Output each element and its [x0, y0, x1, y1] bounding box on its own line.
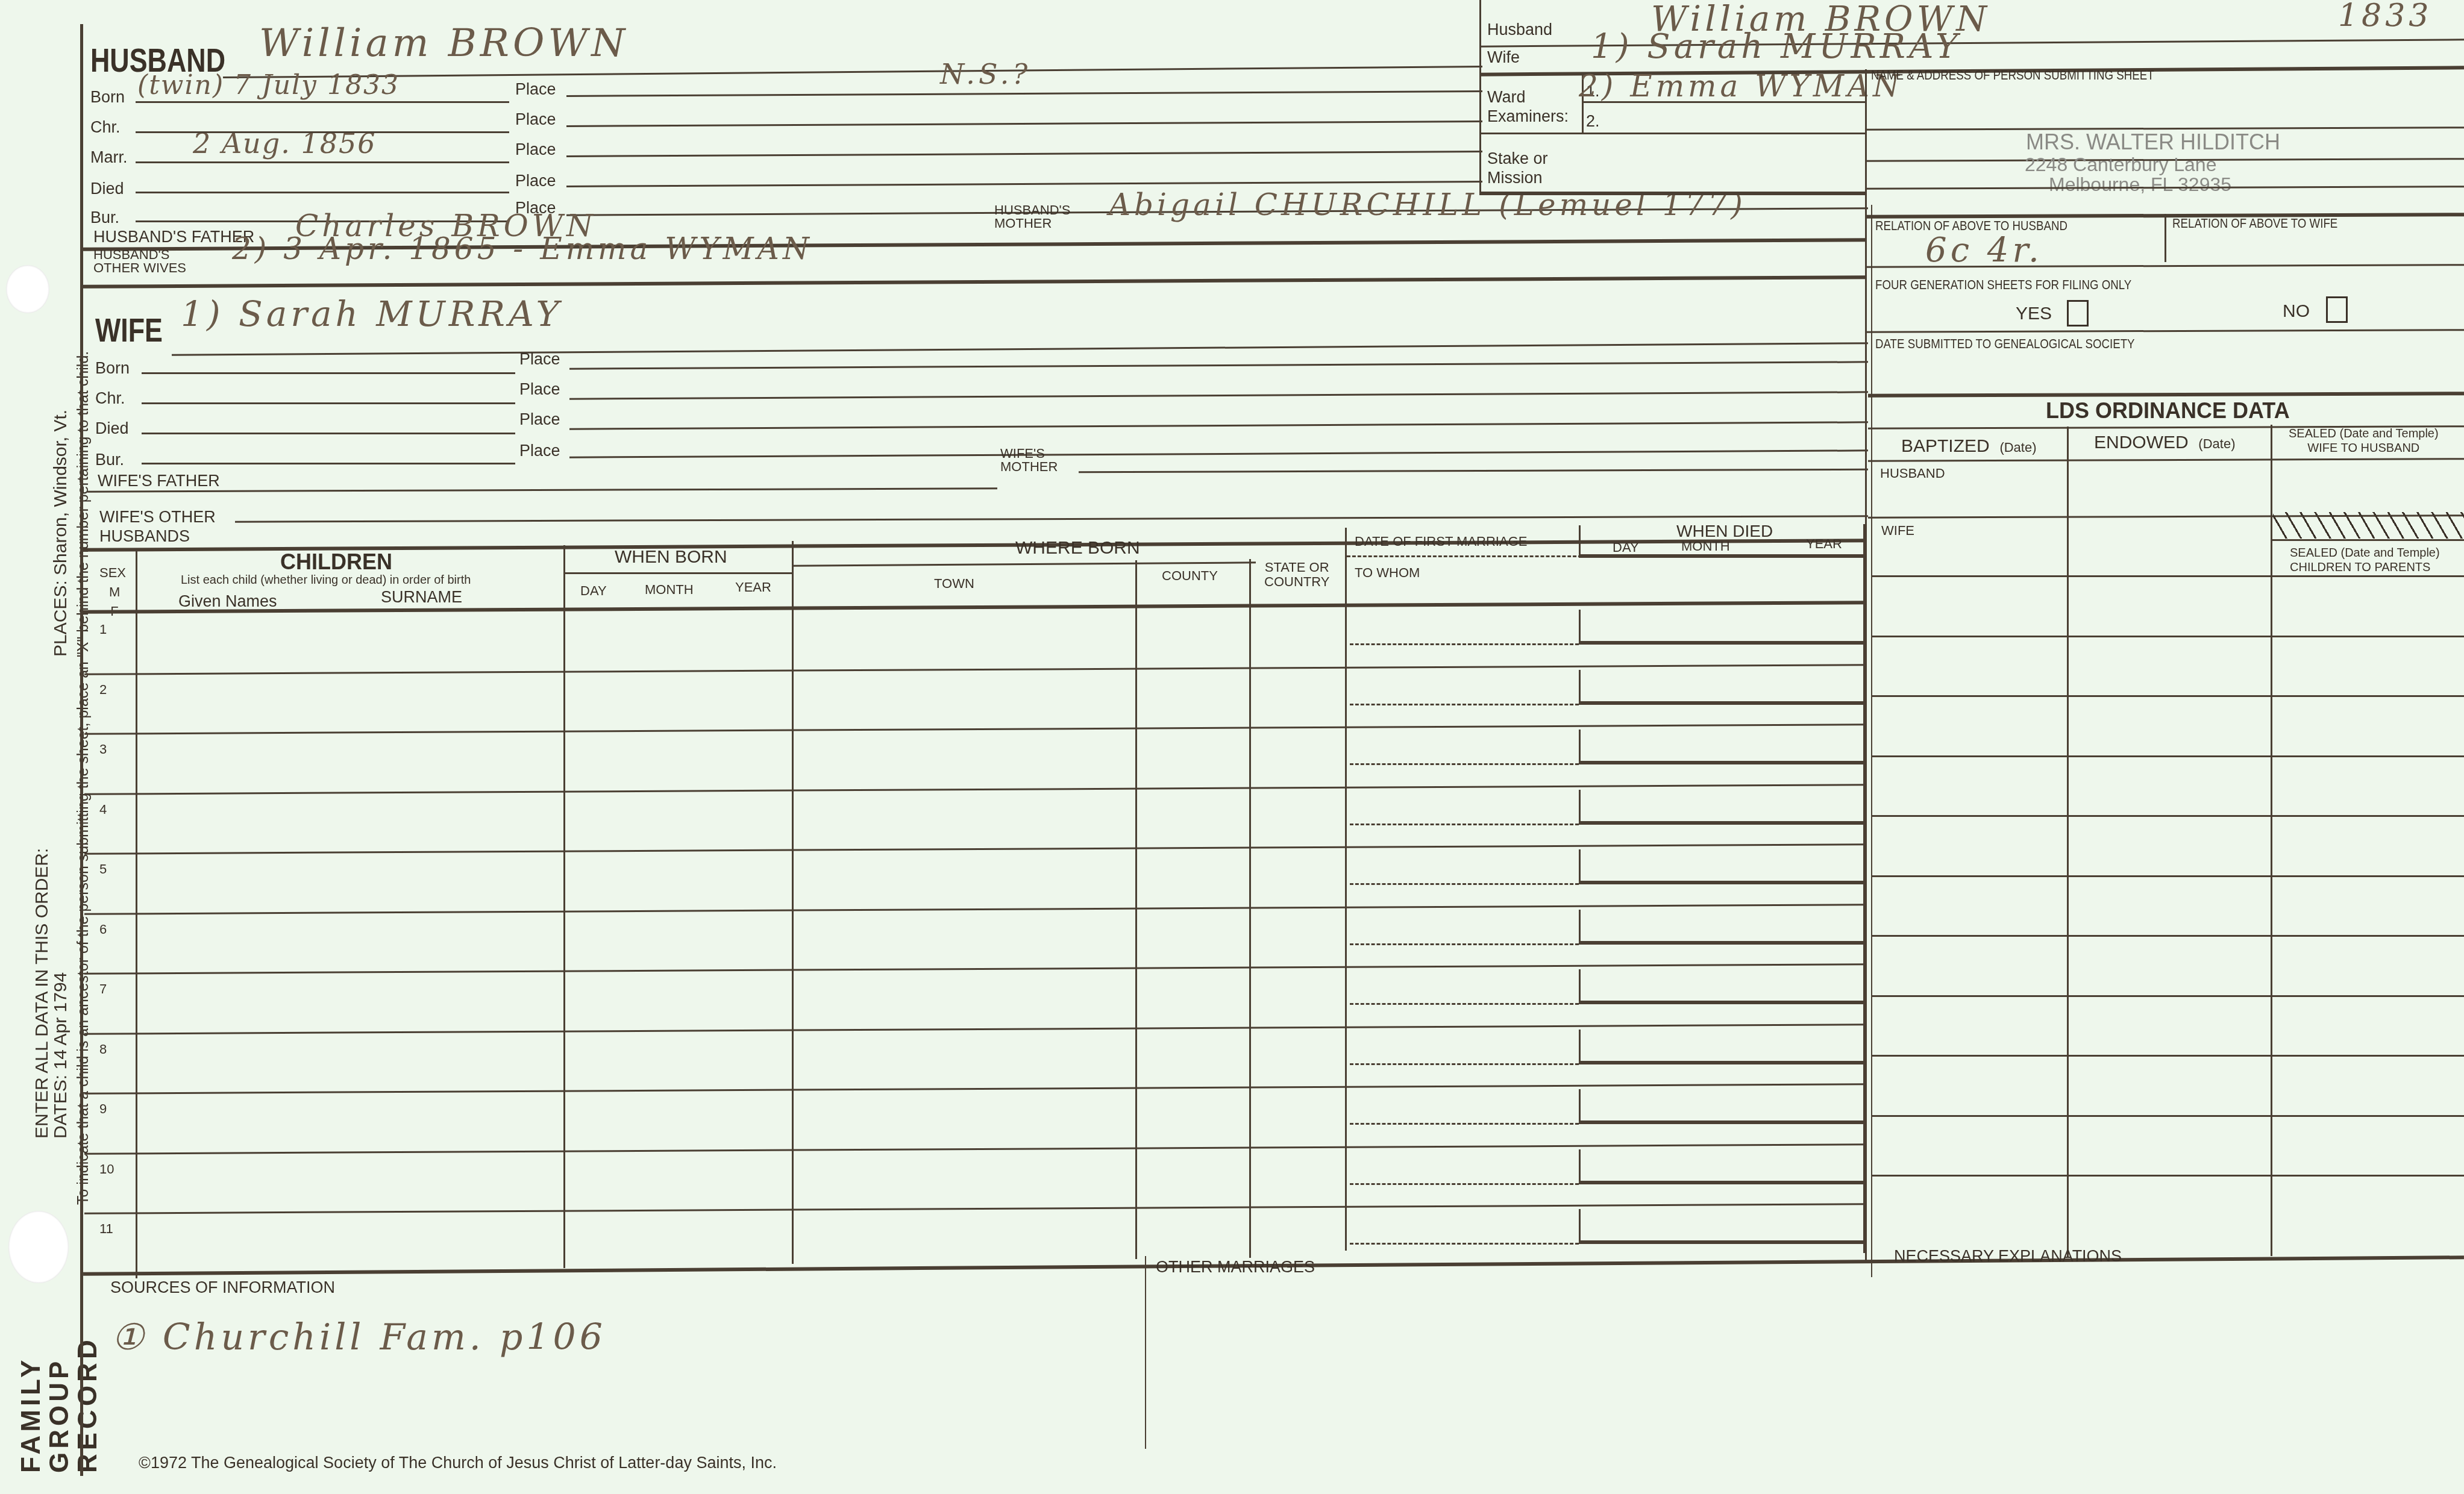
husband-died-label: Died [90, 181, 124, 197]
line [1579, 790, 1581, 824]
child-row[interactable] [84, 1088, 1865, 1148]
husband-father-label: HUSBAND'S FATHER [93, 229, 254, 245]
line [1350, 1063, 1579, 1065]
line [1871, 695, 2464, 697]
line [1582, 101, 1865, 103]
line [1871, 636, 2464, 637]
line [1579, 610, 1581, 643]
submitter-label: NAME & ADDRESS OF PERSON SUBMITTING SHEE… [1871, 69, 2154, 82]
child-row[interactable] [84, 1148, 1865, 1208]
line [1871, 935, 2464, 937]
line [1579, 701, 1865, 705]
died-year-header: YEAR [1806, 537, 1842, 551]
form-title: GROUP [46, 1358, 73, 1473]
header-husband-label: Husband [1487, 22, 1552, 38]
child-row-number: 8 [99, 1043, 107, 1056]
sealed-wife-label: SEALED (Date and Temple)WIFE TO HUSBAND [2289, 427, 2439, 455]
child-row[interactable] [84, 728, 1865, 789]
four-gen-label: FOUR GENERATION SHEETS FOR FILING ONLY [1875, 278, 2131, 292]
line [1579, 1089, 1581, 1123]
line [569, 449, 1868, 458]
yes-checkbox[interactable] [2067, 300, 2089, 327]
explanations-label: NECESSARY EXPLANATIONS [1894, 1248, 2122, 1264]
sources-value[interactable]: ① Churchill Fam. p106 [111, 1319, 606, 1355]
children-note: List each child (whether living or dead)… [181, 574, 471, 586]
line [1350, 1243, 1579, 1245]
line [1579, 1181, 1865, 1184]
line [83, 275, 1867, 288]
husband-other-wives-label: HUSBAND'SOTHER WIVES [93, 248, 186, 275]
wife-chr-label: Chr. [95, 390, 125, 407]
line [1479, 133, 1865, 134]
husband-marr-label: Marr. [90, 149, 128, 166]
line [1079, 469, 1868, 474]
line [569, 391, 1868, 399]
line [1579, 941, 1865, 945]
line [1865, 329, 2464, 333]
line [87, 487, 997, 492]
child-row[interactable] [84, 1028, 1865, 1089]
wife-father-label: WIFE'S FATHER [98, 473, 220, 489]
when-died-header: WHEN DIED [1676, 523, 1773, 540]
husband-chr-label: Chr. [90, 119, 121, 136]
line [1871, 755, 2464, 757]
line [1579, 1209, 1581, 1243]
line [566, 181, 1482, 187]
line [1479, 192, 1865, 195]
line [2165, 214, 2166, 262]
line [1347, 555, 1582, 557]
husband-born-place-label: Place [515, 81, 556, 98]
husband-mother-label: HUSBAND'SMOTHER [994, 204, 1070, 230]
child-row-number: 10 [99, 1163, 114, 1176]
line [1871, 575, 2464, 577]
line [1579, 910, 1581, 943]
form-title: RECORD [75, 1336, 101, 1473]
line [1579, 849, 1581, 883]
line [1865, 69, 1867, 1262]
line [142, 433, 515, 434]
line [1871, 1175, 2464, 1177]
child-row[interactable] [84, 1208, 1865, 1268]
line [136, 131, 509, 133]
line [142, 463, 515, 464]
line [1350, 643, 1579, 645]
line [1579, 1240, 1865, 1244]
line [1579, 525, 1581, 557]
line [1145, 1256, 1146, 1449]
ward-examiners-label: WardExaminers: [1487, 87, 1569, 127]
places-note: PLACES: Sharon, Windsor, Vt. [52, 410, 70, 657]
county-header: COUNTY [1162, 569, 1218, 583]
child-row-number: 5 [99, 863, 107, 876]
given-names-header: Given Names [178, 593, 277, 610]
line [1579, 670, 1581, 704]
line [1579, 881, 1865, 884]
examiner-1[interactable]: 2) Emma WYMAN [1579, 71, 1903, 101]
line [1871, 815, 2464, 817]
line [1350, 883, 1579, 885]
line [142, 402, 515, 404]
line [1871, 995, 2464, 997]
died-month-header: MONTH [1681, 540, 1730, 553]
line [1350, 1183, 1579, 1185]
header-wife-label: Wife [1487, 49, 1520, 66]
sources-label: SOURCES OF INFORMATION [110, 1280, 335, 1296]
wife-bur-label: Bur. [95, 452, 124, 468]
line [2272, 539, 2464, 541]
husband-born-place[interactable]: N.S.? [940, 60, 1031, 88]
husband-chr-place-label: Place [515, 111, 556, 128]
born-month-header: MONTH [645, 583, 694, 596]
line [136, 101, 509, 103]
child-row-number: 2 [99, 683, 107, 696]
lds-title: LDS ORDINANCE DATA [2046, 400, 2290, 422]
line [136, 192, 509, 193]
line [235, 515, 1868, 522]
line [1350, 1123, 1579, 1125]
town-header: TOWN [934, 577, 974, 590]
wife-died-place-label: Place [519, 411, 560, 428]
header-wife[interactable]: 1) Sarah MURRAY [1591, 30, 1961, 64]
first-marriage-header: DATE OF FIRST MARRIAGE [1355, 535, 1527, 548]
line [792, 561, 1256, 566]
wife-chr-place-label: Place [519, 381, 560, 398]
line [2271, 425, 2272, 1256]
state-header: STATE ORCOUNTRY [1264, 560, 1329, 589]
line [1579, 1001, 1865, 1004]
surname-header: SURNAME [381, 589, 462, 605]
child-row[interactable] [84, 789, 1865, 849]
line [1579, 1149, 1581, 1183]
no-label: NO [2283, 302, 2310, 320]
line [1579, 641, 1865, 645]
hole-punch [6, 265, 49, 313]
child-row-number: 7 [99, 983, 107, 996]
husband-marr-place-label: Place [515, 142, 556, 158]
died-day-header: DAY [1613, 541, 1639, 554]
wife-born-place-label: Place [519, 351, 560, 367]
wife-born-label: Born [95, 360, 130, 377]
child-row[interactable] [84, 669, 1865, 729]
child-row-number: 6 [99, 923, 107, 936]
line [1579, 969, 1581, 1003]
wife-mother-label: WIFE'SMOTHER [1000, 447, 1058, 474]
line [1579, 730, 1581, 763]
stake-mission-label: Stake orMission [1487, 149, 1548, 188]
where-born-header: WHERE BORN [1015, 539, 1140, 557]
wife-died-label: Died [95, 420, 129, 437]
line [1871, 1115, 2464, 1117]
line [1350, 763, 1579, 765]
hatched-area [2273, 512, 2464, 539]
no-checkbox[interactable] [2326, 296, 2348, 323]
line [142, 372, 515, 374]
line [566, 120, 1482, 127]
child-row-number: 11 [99, 1222, 113, 1236]
husband-marr-value[interactable]: 2 Aug. 1856 [193, 130, 377, 157]
line [1579, 554, 1865, 558]
wife-bur-place-label: Place [519, 443, 560, 459]
line [563, 572, 792, 574]
child-row[interactable] [84, 908, 1865, 969]
relation-wife-label: RELATION OF ABOVE TO WIFE [2172, 217, 2337, 230]
copyright: ©1972 The Genealogical Society of The Ch… [139, 1455, 777, 1471]
when-born-header: WHEN BORN [615, 548, 727, 566]
line [223, 66, 1482, 78]
line [1868, 392, 2464, 397]
child-row-number: 1 [99, 623, 107, 636]
line [1350, 824, 1579, 825]
line [136, 161, 509, 163]
submitter-address-1: 2248 Canterbury Lane [2025, 155, 2216, 174]
hole-punch [8, 1211, 69, 1283]
children-title: CHILDREN [280, 551, 392, 573]
endowed-label: ENDOWED (Date) [2094, 434, 2235, 452]
line [566, 151, 1482, 157]
line [566, 90, 1482, 97]
lds-husband-row: HUSBAND [1880, 467, 1945, 480]
relation-husband[interactable]: 6c 4r. [1925, 234, 2043, 267]
left-border [80, 24, 83, 1476]
line [569, 361, 1868, 369]
date-submitted-label: DATE SUBMITTED TO GENEALOGICAL SOCIETY [1875, 337, 2135, 351]
wife-other-husbands-label: WIFE'S OTHERHUSBANDS [99, 507, 216, 546]
wife-name[interactable]: 1) Sarah MURRAY [181, 296, 563, 331]
other-marriages-label: OTHER MARRIAGES [1156, 1259, 1315, 1275]
born-day-header: DAY [580, 584, 607, 598]
yes-label: YES [2016, 305, 2052, 323]
child-row-number: 4 [99, 803, 107, 816]
child-row[interactable] [84, 608, 1865, 669]
baptized-label: BAPTIZED (Date) [1901, 437, 2037, 455]
line [172, 342, 1868, 356]
line [1350, 943, 1579, 945]
header-year[interactable]: 1833 [2338, 0, 2432, 31]
line [1868, 458, 2464, 461]
submitter-address-2: Melbourne, FL 32935 [2049, 175, 2231, 194]
wife-label: WIFE [95, 313, 163, 347]
husband-born-label: Born [90, 89, 125, 105]
submitter-name: MRS. WALTER HILDITCH [2026, 131, 2280, 153]
line [1579, 1030, 1581, 1063]
born-year-header: YEAR [735, 581, 771, 594]
line [1350, 704, 1579, 705]
line [1871, 1055, 2464, 1057]
child-row[interactable] [84, 968, 1865, 1028]
form-title: FAMILY [18, 1357, 45, 1473]
child-row-number: 3 [99, 743, 107, 756]
husband-bur-label: Bur. [90, 210, 119, 226]
enter-order-note: ENTER ALL DATA IN THIS ORDER: [33, 848, 51, 1139]
dates-note: DATES: 14 Apr 1794 [52, 972, 70, 1139]
line [1579, 1120, 1865, 1124]
line [1350, 1003, 1579, 1005]
line [1579, 1061, 1865, 1064]
husband-died-place-label: Place [515, 173, 556, 189]
lds-wife-row: WIFE [1881, 524, 1914, 537]
line [1479, 0, 1481, 193]
child-row[interactable] [84, 848, 1865, 908]
husband-other-wives[interactable]: 2) 3 Apr. 1865 - Emma WYMAN [232, 234, 813, 264]
line [1871, 875, 2464, 877]
sealed-children-label: SEALED (Date and Temple)CHILDREN TO PARE… [2290, 546, 2440, 575]
husband-name[interactable]: William BROWN [259, 24, 629, 63]
line [2067, 427, 2069, 1258]
examiner-2-num: 2. [1586, 113, 1600, 130]
line [1579, 761, 1865, 764]
husband-born-value[interactable]: (twin) 7 July 1833 [137, 72, 400, 99]
to-whom-header: TO WHOM [1355, 566, 1420, 580]
child-row-number: 9 [99, 1102, 107, 1116]
line [569, 421, 1868, 430]
line [1579, 821, 1865, 825]
